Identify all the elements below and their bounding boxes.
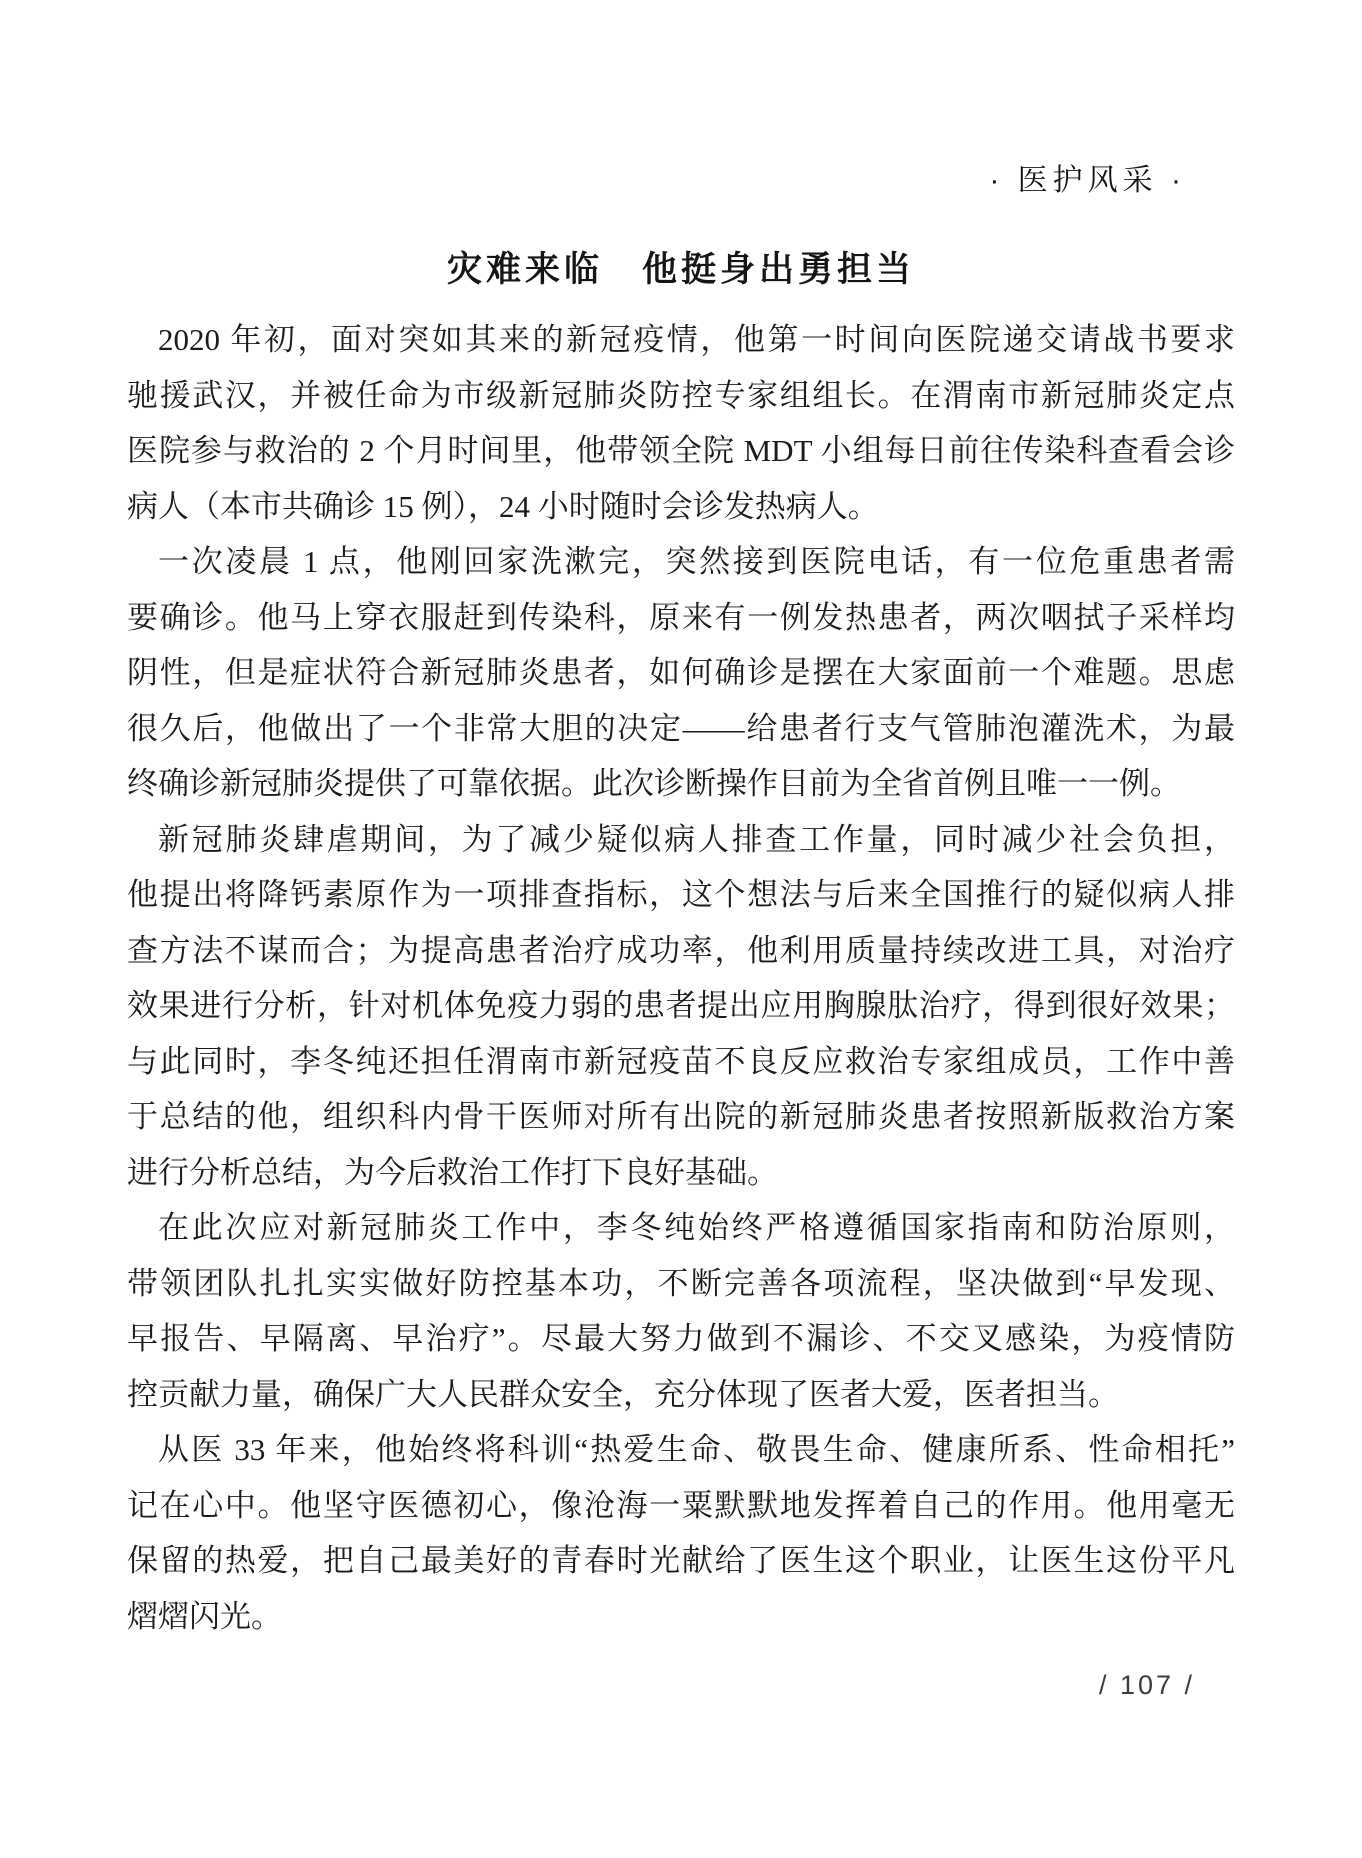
- paragraph-1: 2020 年初，面对突如其来的新冠疫情，他第一时间向医院递交请战书要求 驰援武汉…: [127, 312, 1235, 534]
- text-line: 记在心中。他坚守医德初心，像沧海一粟默默地发挥着自己的作用。他用毫无: [127, 1478, 1235, 1534]
- text-line: 熠熠闪光。: [127, 1589, 1235, 1645]
- article-body: 2020 年初，面对突如其来的新冠疫情，他第一时间向医院递交请战书要求 驰援武汉…: [127, 312, 1235, 1644]
- page-number: / 107 /: [1099, 1670, 1195, 1701]
- text-line: 要确诊。他马上穿衣服赶到传染科，原来有一例发热患者，两次咽拭子采样均: [127, 590, 1235, 646]
- text-line: 病人（本市共确诊 15 例），24 小时随时会诊发热病人。: [127, 479, 1235, 535]
- paragraph-3: 新冠肺炎肆虐期间，为了减少疑似病人排查工作量，同时减少社会负担， 他提出将降钙素…: [127, 812, 1235, 1201]
- text-line: 他提出将降钙素原作为一项排查指标，这个想法与后来全国推行的疑似病人排: [127, 867, 1235, 923]
- text-line: 终确诊新冠肺炎提供了可靠依据。此次诊断操作目前为全省首例且唯一一例。: [127, 756, 1235, 812]
- text-line: 一次凌晨 1 点，他刚回家洗漱完，突然接到医院电话，有一位危重患者需: [127, 534, 1235, 590]
- text-line: 医院参与救治的 2 个月时间里，他带领全院 MDT 小组每日前往传染科查看会诊: [127, 423, 1235, 479]
- paragraph-5: 从医 33 年来，他始终将科训“热爱生命、敬畏生命、健康所系、性命相托” 记在心…: [127, 1422, 1235, 1644]
- text-line: 带领团队扎扎实实做好防控基本功，不断完善各项流程，坚决做到“早发现、: [127, 1256, 1235, 1312]
- text-line: 保留的热爱，把自己最美好的青春时光献给了医生这个职业，让医生这份平凡: [127, 1533, 1235, 1589]
- text-line: 查方法不谋而合；为提高患者治疗成功率，他利用质量持续改进工具，对治疗: [127, 923, 1235, 979]
- text-line: 2020 年初，面对突如其来的新冠疫情，他第一时间向医院递交请战书要求: [127, 312, 1235, 368]
- text-line: 效果进行分析，针对机体免疫力弱的患者提出应用胸腺肽治疗，得到很好效果；: [127, 978, 1235, 1034]
- text-line: 阴性，但是症状符合新冠肺炎患者，如何确诊是摆在大家面前一个难题。思虑: [127, 645, 1235, 701]
- text-line: 与此同时，李冬纯还担任渭南市新冠疫苗不良反应救治专家组成员，工作中善: [127, 1034, 1235, 1090]
- text-line: 在此次应对新冠肺炎工作中，李冬纯始终严格遵循国家指南和防治原则，: [127, 1200, 1235, 1256]
- text-line: 驰援武汉，并被任命为市级新冠肺炎防控专家组组长。在渭南市新冠肺炎定点: [127, 368, 1235, 424]
- document-page: · 医护风采 · 灾难来临 他挺身出勇担当 2020 年初，面对突如其来的新冠疫…: [0, 0, 1362, 1858]
- text-line: 新冠肺炎肆虐期间，为了减少疑似病人排查工作量，同时减少社会负担，: [127, 812, 1235, 868]
- section-header: · 医护风采 ·: [989, 155, 1186, 199]
- text-line: 从医 33 年来，他始终将科训“热爱生命、敬畏生命、健康所系、性命相托”: [127, 1422, 1235, 1478]
- text-line: 进行分析总结，为今后救治工作打下良好基础。: [127, 1145, 1235, 1201]
- text-line: 很久后，他做出了一个非常大胆的决定——给患者行支气管肺泡灌洗术，为最: [127, 701, 1235, 757]
- article-title: 灾难来临 他挺身出勇担当: [127, 242, 1235, 292]
- text-line: 于总结的他，组织科内骨干医师对所有出院的新冠肺炎患者按照新版救治方案: [127, 1089, 1235, 1145]
- text-line: 早报告、早隔离、早治疗”。尽最大努力做到不漏诊、不交叉感染，为疫情防: [127, 1311, 1235, 1367]
- text-line: 控贡献力量，确保广大人民群众安全，充分体现了医者大爱，医者担当。: [127, 1367, 1235, 1423]
- paragraph-2: 一次凌晨 1 点，他刚回家洗漱完，突然接到医院电话，有一位危重患者需 要确诊。他…: [127, 534, 1235, 812]
- paragraph-4: 在此次应对新冠肺炎工作中，李冬纯始终严格遵循国家指南和防治原则， 带领团队扎扎实…: [127, 1200, 1235, 1422]
